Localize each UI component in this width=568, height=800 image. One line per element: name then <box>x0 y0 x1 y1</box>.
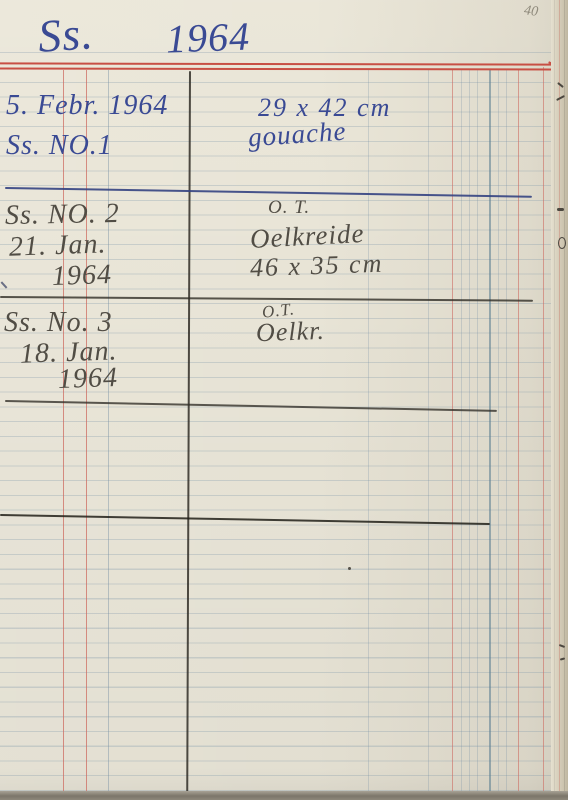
entry-1-date: 5. Febr. 1964 <box>6 90 168 122</box>
page-number: 40 <box>523 3 539 21</box>
amount-column-line-2 <box>469 70 470 794</box>
head-rule-top <box>0 62 552 65</box>
edge-stray-mark <box>558 237 566 249</box>
bottom-page-edge <box>0 791 568 800</box>
left-margin-red-line-2 <box>86 70 87 794</box>
header-abbreviation: Ss. <box>36 6 95 63</box>
amount-column-line-4 <box>489 70 491 794</box>
entry-2-number: Ss. NO. 2 <box>5 198 120 232</box>
paper-speck <box>348 567 351 570</box>
edge-stray-mark <box>557 208 564 211</box>
amount-column-line-5 <box>498 70 499 794</box>
head-rule-bottom <box>0 67 552 69</box>
amount-column-line-1 <box>461 70 462 794</box>
left-margin-red-line-1 <box>63 70 64 794</box>
entry-3-technique: Oelkr. <box>255 316 325 348</box>
book-fore-edge <box>551 0 568 800</box>
amount-column-line-3 <box>477 70 478 794</box>
column-blue-line-1 <box>368 70 369 794</box>
entry-3-date-year: 1964 <box>57 362 118 396</box>
column-blue-line-2 <box>428 70 429 794</box>
left-margin-blue-line <box>108 70 109 794</box>
page-edge-red-line <box>543 67 544 794</box>
edge-sheet-line <box>554 0 555 800</box>
edge-red-line <box>559 0 560 800</box>
right-margin-red-line-1 <box>452 70 453 794</box>
entry-2-title-abbr: O. T. <box>268 197 310 219</box>
entry-1-number: Ss. NO.1 <box>6 130 113 162</box>
entry-2-date-day-month: 21. Jan. <box>8 228 106 263</box>
header-year: 1964 <box>165 13 251 63</box>
right-margin-red-line-2 <box>518 70 519 794</box>
ledger-page: Ss. 1964 40 5. Febr. 1964 Ss. NO.1 29 x … <box>0 0 568 800</box>
amount-column-line-6 <box>506 70 507 794</box>
edge-sheet-line <box>564 0 565 800</box>
entry-2-date-year: 1964 <box>51 259 112 293</box>
entry-2-dimensions: 46 x 35 cm <box>250 249 384 284</box>
entry-3-number: Ss. No. 3 <box>4 307 113 339</box>
